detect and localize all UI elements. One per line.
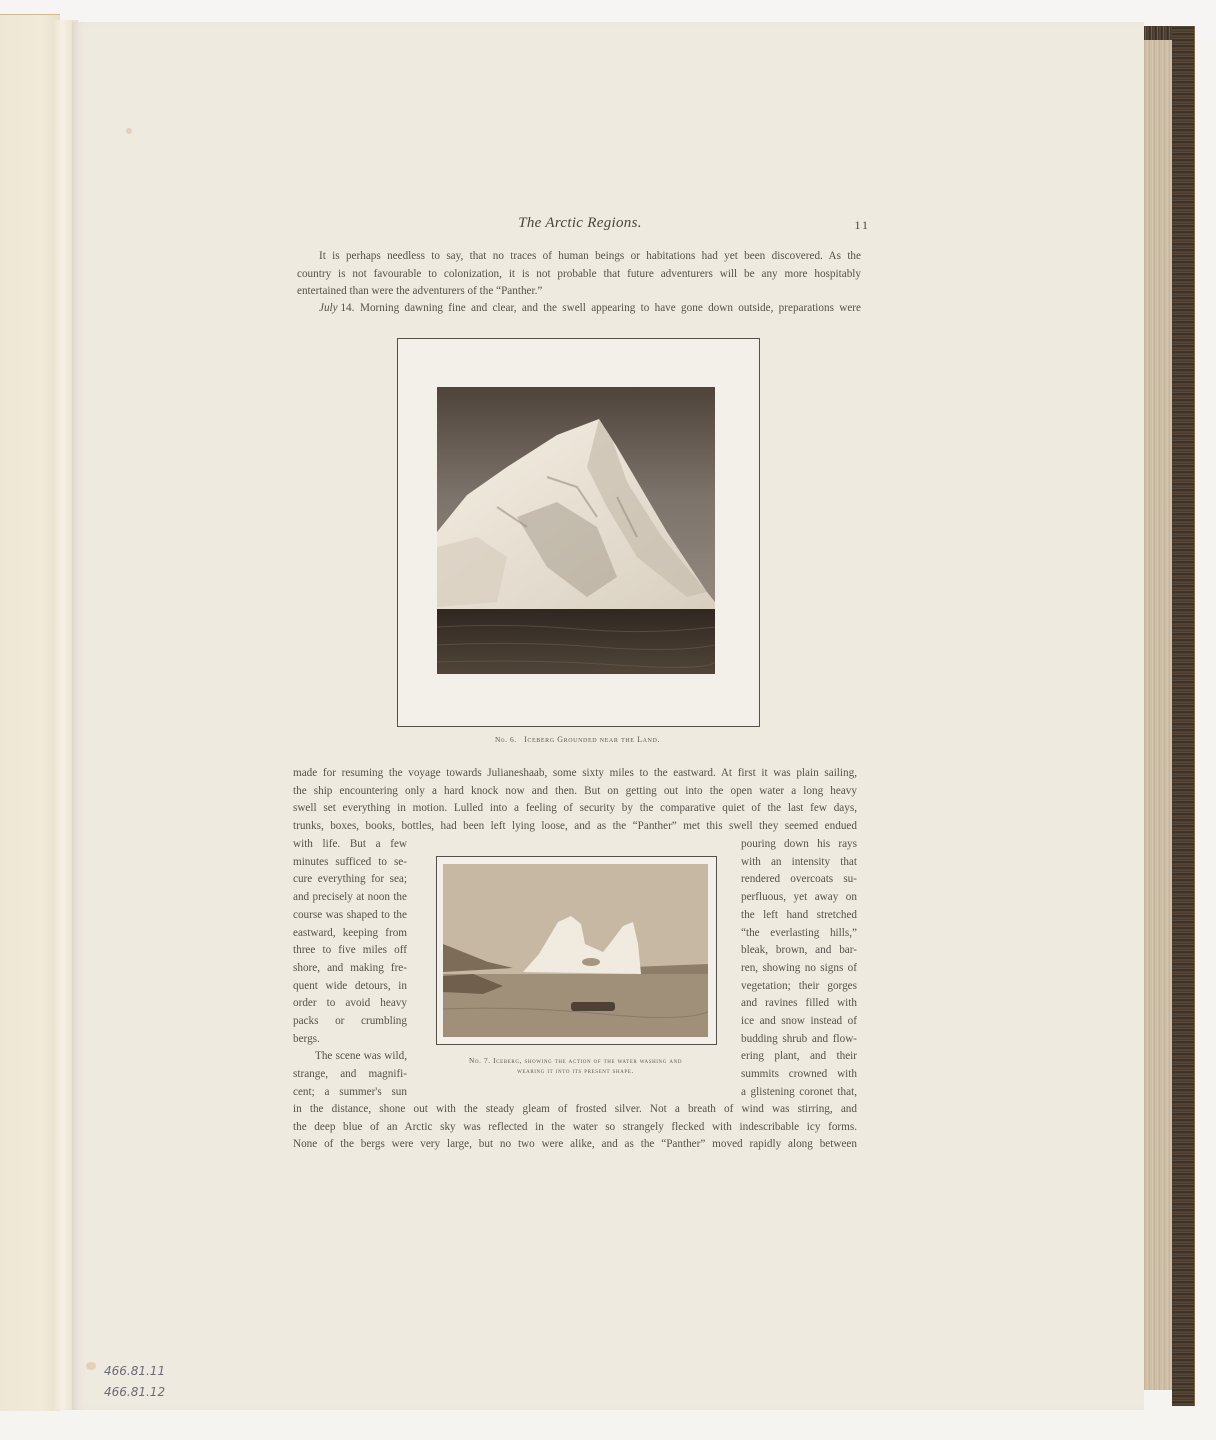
text-line: three to five miles off — [293, 942, 407, 960]
left-page-edge — [0, 14, 60, 1411]
text-line: The scene was wild, — [293, 1048, 407, 1066]
text-line: bergs. — [293, 1031, 407, 1049]
text-line: budding shrub and flow- — [741, 1031, 857, 1049]
paragraph-1: It is perhaps needless to say, that no t… — [297, 248, 861, 301]
text-line: cure everything for sea; — [293, 871, 407, 889]
running-head: The Arctic Regions. 11 — [290, 215, 870, 235]
text-line: the ship encountering only a hard knock … — [293, 783, 857, 801]
plate-6-number: No. 6. — [495, 735, 517, 744]
plate-6-title: Iceberg Grounded near the Land. — [524, 735, 660, 744]
left-column-text: with life. But a few minutes sufficed to… — [293, 836, 407, 1102]
right-column-text: pouring down his rays with an intensity … — [741, 836, 857, 1102]
text-line: swell set everything in motion. Lulled i… — [293, 800, 857, 818]
text-line: ering plant, and their — [741, 1048, 857, 1066]
foxing-spot — [86, 1362, 96, 1370]
text-line: It is perhaps needless to say, that no t… — [297, 248, 861, 266]
text-line: with life. But a few — [293, 836, 407, 854]
text-line: trunks, boxes, books, bottles, had been … — [293, 818, 857, 836]
text-line: a glistening coronet that, — [741, 1084, 857, 1102]
text-line: bleak, brown, and bar- — [741, 942, 857, 960]
text-line: perfluous, yet away on — [741, 889, 857, 907]
plate-7-caption-line-2: wearing it into its present shape. — [436, 1066, 715, 1076]
text-line: ice and snow instead of — [741, 1013, 857, 1031]
running-title: The Arctic Regions. — [290, 215, 870, 232]
text-line: quent wide detours, in — [293, 978, 407, 996]
text-line: the deep blue of an Arctic sky was refle… — [293, 1119, 857, 1137]
catalog-number-1: 466.81.11 — [104, 1364, 165, 1378]
text-line: minutes sufficed to se- — [293, 854, 407, 872]
text-line: eastward, keeping from — [293, 925, 407, 943]
text-line: summits crowned with — [741, 1066, 857, 1084]
text-line: vegetation; their gorges — [741, 978, 857, 996]
text-line: the left hand stretched — [741, 907, 857, 925]
text-line: rendered overcoats su- — [741, 871, 857, 889]
paragraph-4: in the distance, shone out with the stea… — [293, 1101, 857, 1154]
text-line: None of the bergs were very large, but n… — [293, 1136, 857, 1154]
page-number: 11 — [854, 218, 870, 233]
text-line: course was shaped to the — [293, 907, 407, 925]
plate-7-caption-line-1: No. 7. Iceberg, showing the action of th… — [436, 1056, 715, 1066]
catalog-number-2: 466.81.12 — [104, 1385, 165, 1399]
text-line: with an intensity that — [741, 854, 857, 872]
date-day: 14. — [340, 302, 354, 314]
plate-6-caption: No. 6. Iceberg Grounded near the Land. — [397, 735, 758, 744]
text-line: shore, and making fre- — [293, 960, 407, 978]
text-line: “the everlasting hills,” — [741, 925, 857, 943]
foxing-spot — [126, 128, 132, 134]
paragraph-2: July 14. Morning dawning fine and clear,… — [297, 300, 861, 318]
text-line: country is not favourable to colonizatio… — [297, 266, 861, 284]
text-line: strange, and magnifi- — [293, 1066, 407, 1084]
book-cover-spine — [1172, 26, 1195, 1406]
arched-iceberg-image — [443, 864, 708, 1037]
iceberg-image — [437, 387, 715, 674]
paragraph-3: made for resuming the voyage towards Jul… — [293, 765, 857, 836]
text-line: in the distance, shone out with the stea… — [293, 1101, 857, 1119]
text-line: and ravines filled with — [741, 995, 857, 1013]
text-line-body: Morning dawning fine and clear, and the … — [360, 300, 861, 318]
text-line: entertained than were the adventurers of… — [297, 283, 861, 301]
text-line: and precisely at noon the — [293, 889, 407, 907]
text-line: made for resuming the voyage towards Jul… — [293, 765, 857, 783]
text-line: pouring down his rays — [741, 836, 857, 854]
plate-6-photograph — [437, 387, 715, 674]
text-line: order to avoid heavy — [293, 995, 407, 1013]
plate-7-caption: No. 7. Iceberg, showing the action of th… — [436, 1056, 715, 1076]
date-month: July — [319, 302, 338, 314]
text-line: packs or crumbling — [293, 1013, 407, 1031]
plate-7-photograph — [443, 864, 708, 1037]
text-line: cent; a summer's sun — [293, 1084, 407, 1102]
text-line: ren, showing no signs of — [741, 960, 857, 978]
text-line: July 14. Morning dawning fine and clear,… — [297, 300, 861, 318]
